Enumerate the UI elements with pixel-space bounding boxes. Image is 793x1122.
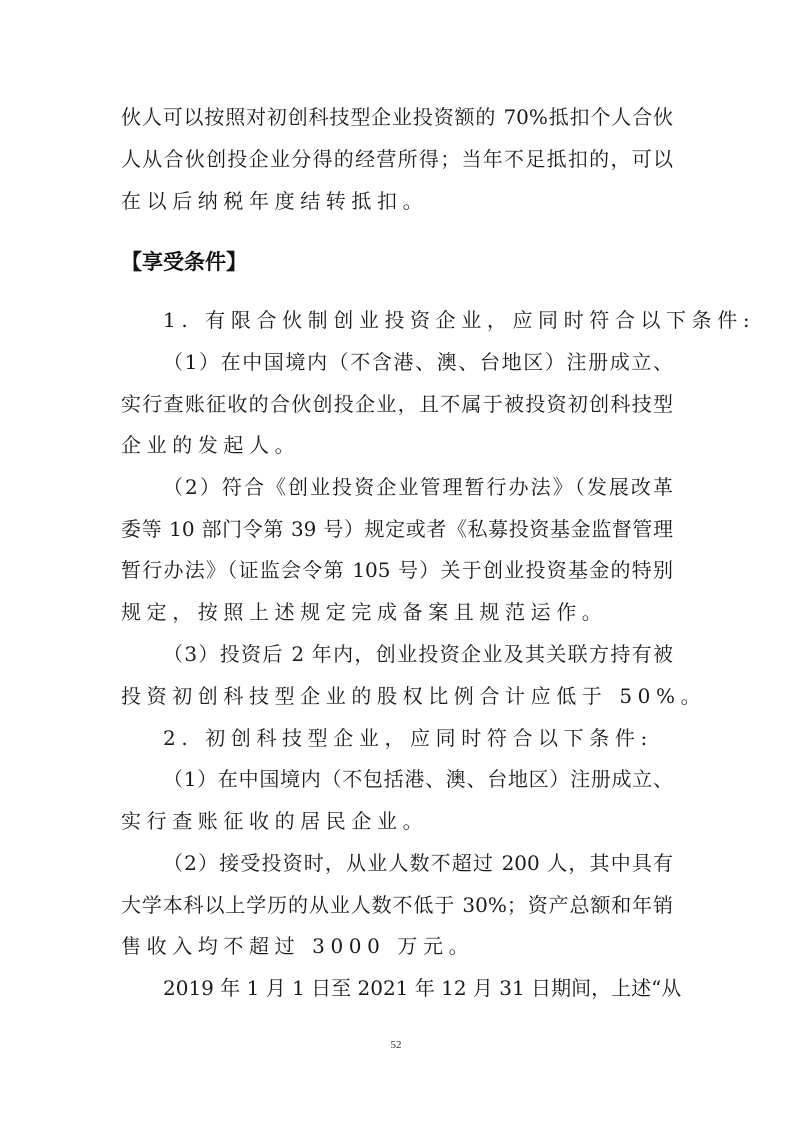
text-line: （1）在中国境内（不包括港、澳、台地区）注册成立、 bbox=[163, 758, 673, 800]
text-line: 实行查账征收的合伙创投企业，且不属于被投资初创科技型 bbox=[121, 383, 673, 425]
text-line: 伙人可以按照对初创科技型企业投资额的 70%抵扣个人合伙 bbox=[121, 96, 673, 138]
text-line: 人从合伙创投企业分得的经营所得；当年不足抵扣的，可以 bbox=[121, 138, 673, 180]
text-line: （3）投资后 2 年内，创业投资企业及其关联方持有被 bbox=[163, 633, 673, 675]
text-line: 规定，按照上述规定完成备案且规范运作。 bbox=[121, 591, 673, 633]
text-line: 售收入均不超过 3000 万元。 bbox=[121, 925, 673, 967]
document-page: 【享受条件】 伙人可以按照对初创科技型企业投资额的 70%抵扣个人合伙 人从合伙… bbox=[0, 0, 793, 1122]
text-line: 1. 有限合伙制创业投资企业，应同时符合以下条件: bbox=[163, 299, 673, 341]
text-line: （1）在中国境内（不含港、澳、台地区）注册成立、 bbox=[163, 341, 673, 383]
text-line: （2）接受投资时，从业人数不超过 200 人，其中具有 bbox=[163, 842, 673, 884]
text-line: 实行查账征收的居民企业。 bbox=[121, 800, 673, 842]
text-line: 投资初创科技型企业的股权比例合计应低于 50%。 bbox=[121, 675, 673, 717]
text-line: 在以后纳税年度结转抵扣。 bbox=[121, 180, 673, 222]
text-line: 暂行办法》（证监会令第 105 号）关于创业投资基金的特别 bbox=[121, 549, 673, 591]
text-line: 2. 初创科技型企业，应同时符合以下条件: bbox=[163, 717, 673, 759]
section-heading: 【享受条件】 bbox=[121, 250, 247, 274]
text-line: 2019 年 1 月 1 日至 2021 年 12 月 31 日期间，上述“从 bbox=[163, 967, 673, 1009]
text-line: 大学本科以上学历的从业人数不低于 30%；资产总额和年销 bbox=[121, 884, 673, 926]
page-number: 52 bbox=[386, 1039, 406, 1051]
text-line: （2）符合《创业投资企业管理暂行办法》（发展改革 bbox=[163, 466, 673, 508]
text-line: 委等 10 部门令第 39 号）规定或者《私募投资基金监督管理 bbox=[121, 508, 673, 550]
text-line: 企业的发起人。 bbox=[121, 424, 673, 466]
